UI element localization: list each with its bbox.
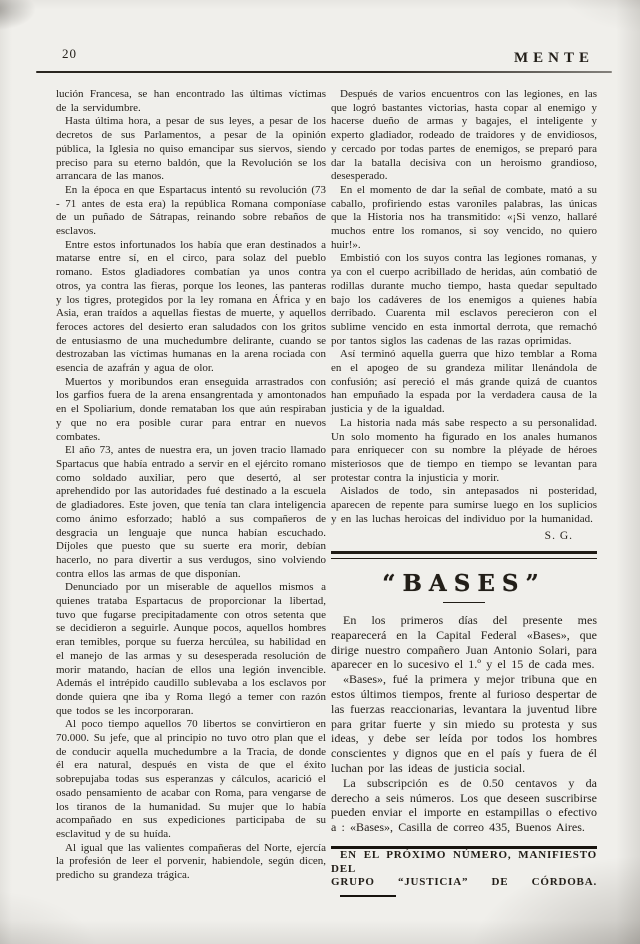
masthead-title: MENTE xyxy=(514,50,594,67)
paragraph: Entre estos infortunados los había que e… xyxy=(56,239,326,376)
paragraph: En el momento de dar la señal de combate… xyxy=(331,184,597,253)
paragraph: La subscripción es de 0.50 centavos y da… xyxy=(331,776,597,835)
paragraph: Al igual que las valientes compañeras de… xyxy=(56,842,326,883)
paragraph: Al poco tiempo aquellos 70 libertos se c… xyxy=(56,718,326,841)
title-underline-rule xyxy=(443,602,485,604)
paragraph: Después de varios encuentros con las leg… xyxy=(331,88,597,184)
paragraph: El año 73, antes de nuestra era, un jove… xyxy=(56,444,326,581)
paragraph: «Bases», fué la primera y mejor tribuna … xyxy=(331,672,597,776)
paragraph: Aislados de todo, sin antepasados ni pos… xyxy=(331,485,597,526)
next-issue-announcement: EN EL PRÓXIMO NÚMERO, MANIFIESTO DEL GRU… xyxy=(331,849,597,904)
paragraph: lución Francesa, se han encontrado las ú… xyxy=(56,88,326,115)
bases-article-title: “BASES” xyxy=(331,570,597,597)
paragraph: Así terminó aquella guerra que hizo temb… xyxy=(331,348,597,417)
right-column: Después de varios encuentros con las leg… xyxy=(331,88,597,904)
page-number: 20 xyxy=(62,46,77,62)
paragraph: Muertos y moribundos eran enseguida arra… xyxy=(56,376,326,445)
paragraph: La historia nada más sabe respecto a su … xyxy=(331,417,597,486)
header-rule xyxy=(36,71,612,73)
paragraph: En la época en que Espartacus intentó su… xyxy=(56,184,326,239)
announcement-line-2: GRUPO “JUSTICIA” DE CÓRDOBA. xyxy=(331,876,597,888)
section-divider-rule xyxy=(331,551,597,559)
announcement-end-dash xyxy=(340,895,396,897)
announcement-line-1: EN EL PRÓXIMO NÚMERO, MANIFIESTO DEL xyxy=(331,849,597,875)
left-column: lución Francesa, se han encontrado las ú… xyxy=(56,88,326,883)
magazine-page: 20 MENTE lución Francesa, se han encontr… xyxy=(0,0,640,944)
paragraph: En los primeros días del presente mes re… xyxy=(331,613,597,672)
author-signature: S. G. xyxy=(331,530,597,542)
paragraph: Embistió con los suyos contra las legion… xyxy=(331,252,597,348)
paragraph: Hasta última hora, a pesar de sus leyes,… xyxy=(56,115,326,184)
paragraph: Denunciado por un miserable de aquellos … xyxy=(56,581,326,718)
